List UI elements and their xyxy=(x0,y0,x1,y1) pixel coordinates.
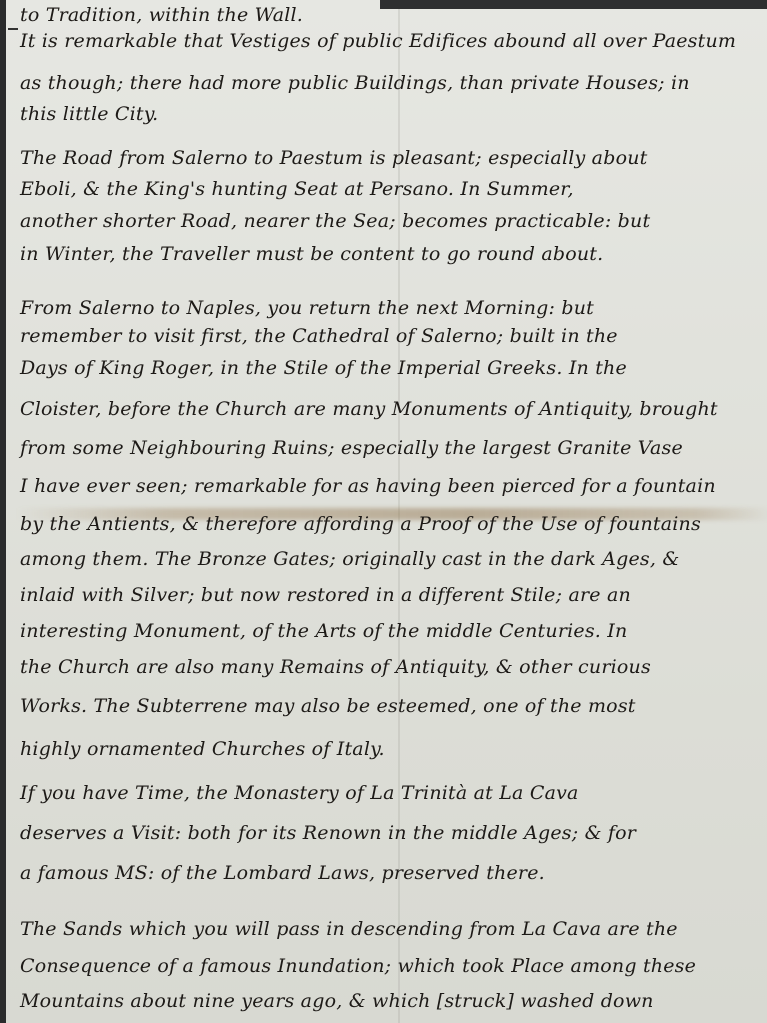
text-line: highly ornamented Churches of Italy. xyxy=(20,738,385,760)
text-line: I have ever seen; remarkable for as havi… xyxy=(20,475,716,497)
text-line: If you have Time, the Monastery of La Tr… xyxy=(20,782,579,804)
text-line: From Salerno to Naples, you return the n… xyxy=(20,297,594,319)
text-line: this little City. xyxy=(20,103,158,125)
text-line: Works. The Subterrene may also be esteem… xyxy=(20,695,636,717)
text-line: Mountains about nine years ago, & which … xyxy=(20,990,654,1012)
manuscript-page: to Tradition, within the Wall. It is rem… xyxy=(6,0,767,1023)
text-line: The Sands which you will pass in descend… xyxy=(20,918,678,940)
page-top-edge-shadow xyxy=(380,0,767,9)
text-line: from some Neighbouring Ruins; especially… xyxy=(20,437,683,459)
text-line: in Winter, the Traveller must be content… xyxy=(20,243,603,265)
text-line: among them. The Bronze Gates; originally… xyxy=(20,548,679,570)
text-line: deserves a Visit: both for its Renown in… xyxy=(20,822,636,844)
text-line: another shorter Road, nearer the Sea; be… xyxy=(20,210,650,232)
text-line: Consequence of a famous Inundation; whic… xyxy=(20,955,696,977)
text-line: to Tradition, within the Wall. xyxy=(20,4,303,26)
margin-mark xyxy=(8,28,18,30)
text-line: interesting Monument, of the Arts of the… xyxy=(20,620,627,642)
text-line: Days of King Roger, in the Stile of the … xyxy=(20,357,627,379)
text-line: It is remarkable that Vestiges of public… xyxy=(20,30,736,52)
text-line: remember to visit first, the Cathedral o… xyxy=(20,325,618,347)
text-line: The Road from Salerno to Paestum is plea… xyxy=(20,147,647,169)
text-line: Cloister, before the Church are many Mon… xyxy=(20,398,718,420)
text-line: a famous MS: of the Lombard Laws, preser… xyxy=(20,862,545,884)
text-line: the Church are also many Remains of Anti… xyxy=(20,656,651,678)
text-line: by the Antients, & therefore affording a… xyxy=(20,513,701,535)
text-line: inlaid with Silver; but now restored in … xyxy=(20,584,631,606)
text-line: as though; there had more public Buildin… xyxy=(20,72,690,94)
text-line: Eboli, & the King's hunting Seat at Pers… xyxy=(20,178,574,200)
